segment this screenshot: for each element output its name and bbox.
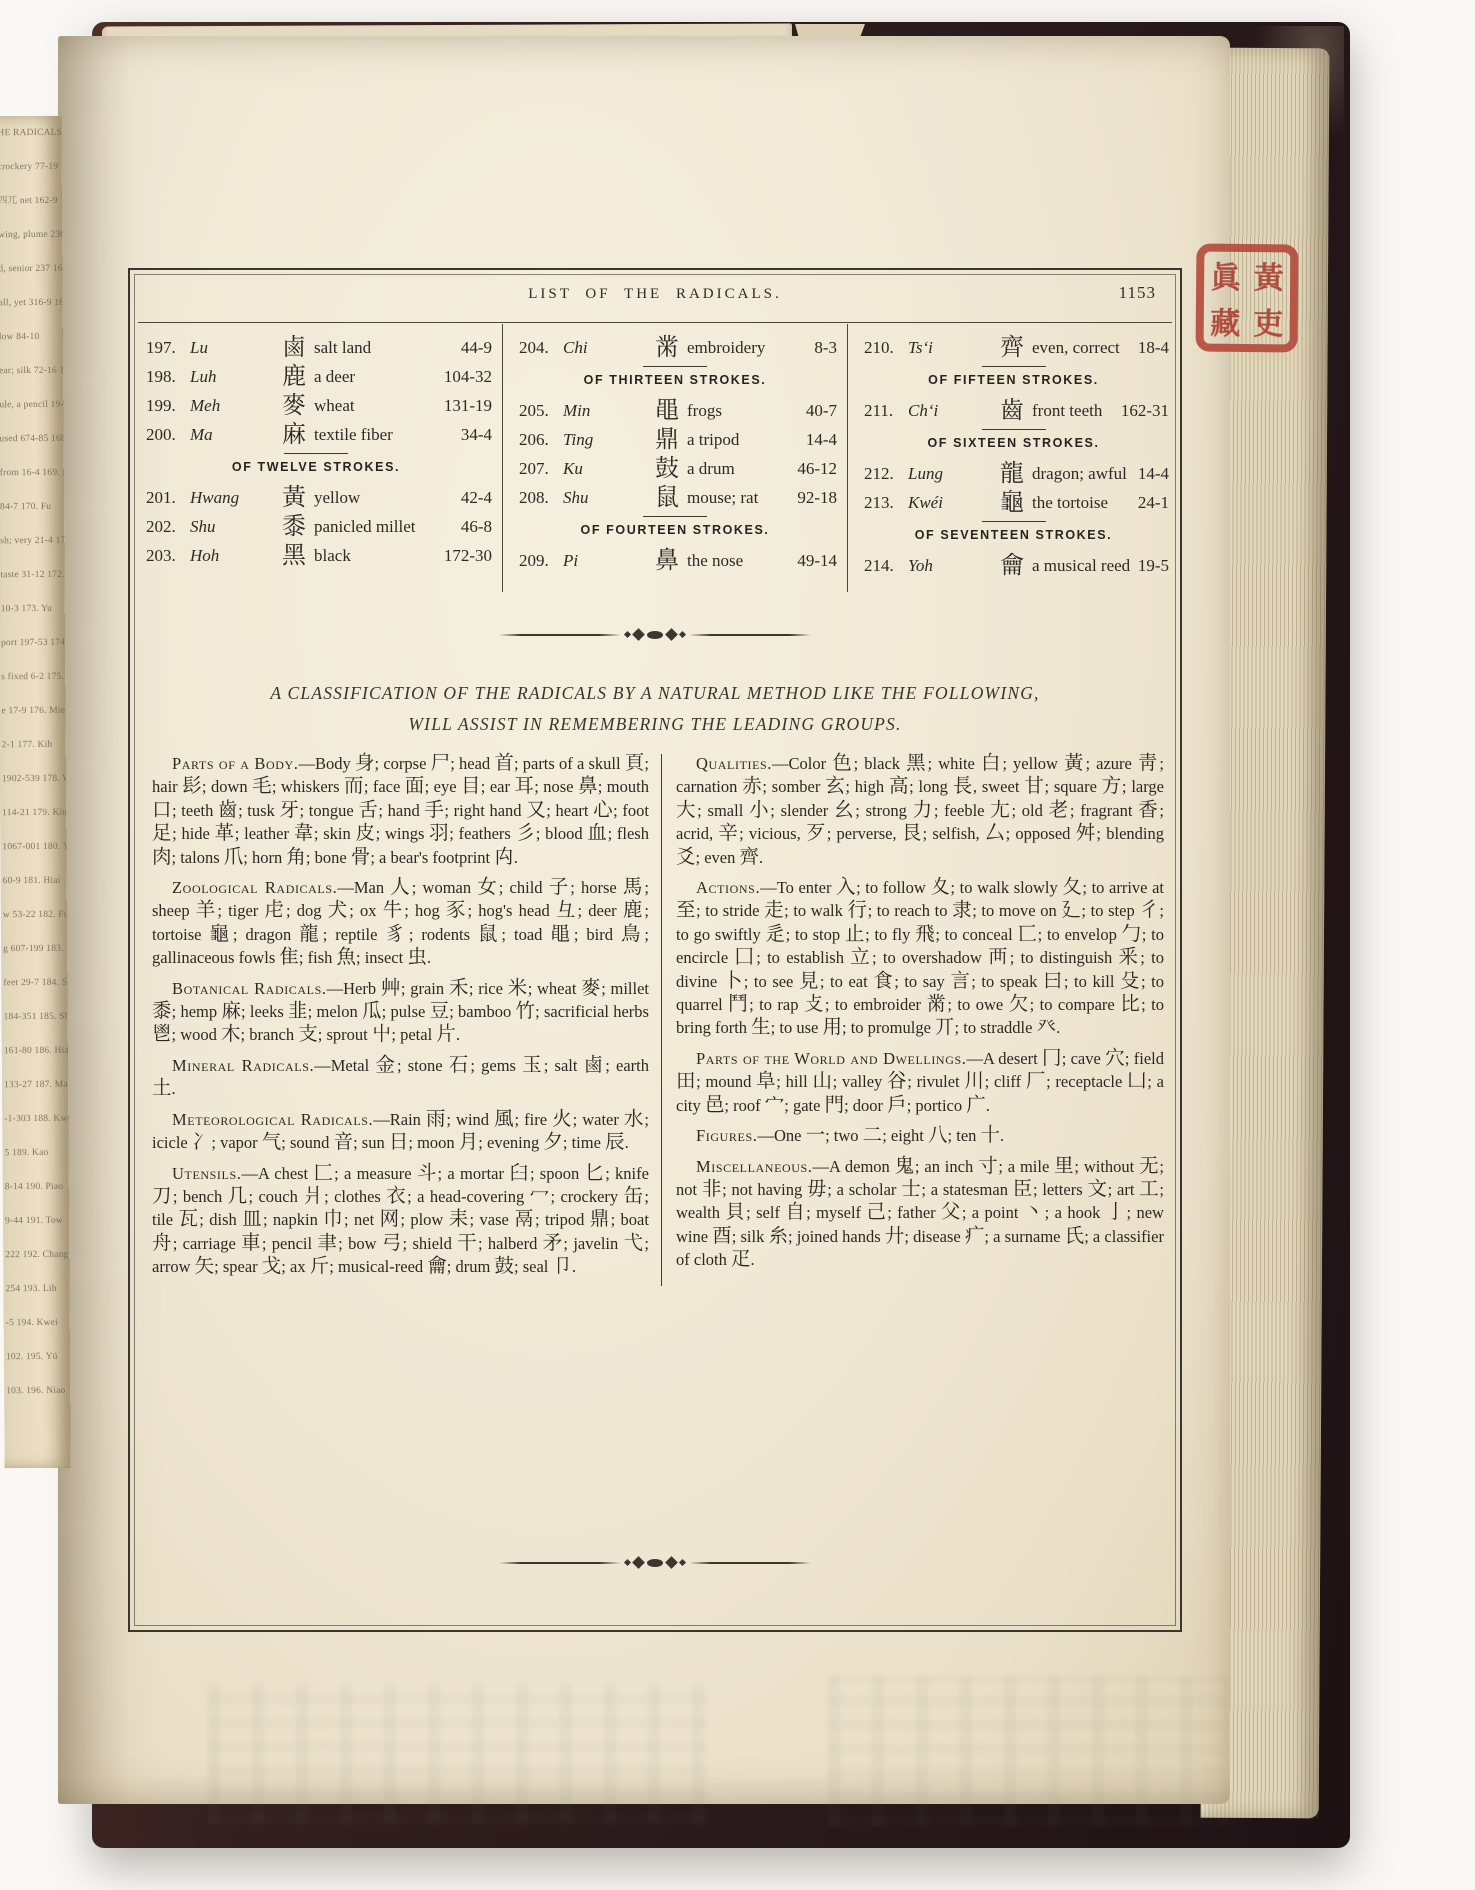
paragraph: Parts of a Body.—Body 身; corpse 尸; head … — [152, 752, 649, 869]
radical-reference: 46-12 — [797, 459, 837, 479]
paragraph: Meteorological Radicals.—Rain 雨; wind 風;… — [152, 1108, 649, 1155]
radical-character: 己 — [866, 1202, 887, 1223]
radical-character: 巾 — [323, 1209, 344, 1230]
radical-character: 肉 — [152, 847, 172, 868]
radical-character: 鹵 — [584, 1055, 606, 1076]
radical-character: 口 — [152, 800, 172, 821]
paragraph: Actions.—To enter 入; to follow 夊; to wal… — [676, 876, 1164, 1040]
radical-number: 198. — [146, 367, 190, 387]
radical-character: 鼻 — [578, 776, 598, 797]
radical-character: 山 — [812, 1071, 832, 1092]
radical-character: 人 — [390, 877, 412, 898]
radical-row: 210.Tsʻi齊even, correct18-4 — [848, 333, 1179, 362]
radical-character: 土 — [152, 1078, 172, 1099]
radical-character: 舌 — [358, 800, 378, 821]
radical-character: 車 — [241, 1233, 262, 1254]
radical-reference: 18-4 — [1138, 338, 1169, 358]
radical-name: Chi — [563, 338, 649, 358]
radical-character: 鼎 — [649, 430, 685, 450]
paragraph: Figures.—One 一; two 二; eight 八; ten 十. — [676, 1124, 1164, 1147]
edge-text-fragment: low 84-10 — [0, 320, 63, 354]
radical-gloss: panicled millet — [312, 517, 461, 537]
radical-character: 身 — [355, 753, 375, 774]
radical-character: 刀 — [152, 1186, 173, 1207]
edge-text-fragment: 222 192. Chang — [3, 1238, 69, 1272]
radical-gloss: textile fiber — [312, 425, 461, 445]
stroke-section-label: OF SIXTEEN STROKES. — [927, 436, 1099, 450]
paragraph-heading: Botanical Radicals. — [172, 979, 327, 998]
section-header-rule — [982, 366, 1046, 367]
radical-character: 瓦 — [178, 1209, 199, 1230]
radical-name: Shu — [190, 517, 276, 537]
radical-gloss: black — [312, 546, 444, 566]
radical-character: 魚 — [337, 947, 357, 968]
radical-character: 龠 — [994, 556, 1030, 576]
radical-character: 攴 — [804, 994, 825, 1015]
radical-character: 而 — [344, 776, 364, 797]
radical-character: 黍 — [276, 517, 312, 537]
radical-character: 目 — [461, 776, 481, 797]
radical-number: 199. — [146, 396, 190, 416]
radical-name: Chʻi — [908, 401, 994, 421]
radical-character: 牙 — [279, 800, 299, 821]
paragraph-heading: Meteorological Radicals. — [172, 1110, 373, 1129]
radical-gloss: a drum — [685, 459, 797, 479]
radical-character: 矛 — [543, 1233, 564, 1254]
radical-character: 龍 — [299, 924, 322, 945]
radical-character: 气 — [262, 1132, 282, 1153]
radical-character: 襾 — [988, 947, 1010, 968]
radical-character: 凵 — [1127, 1071, 1147, 1092]
radical-character: 方 — [1102, 776, 1122, 797]
radical-character: 艮 — [902, 823, 923, 844]
radical-character: 赤 — [742, 776, 762, 797]
paragraph: Qualities.—Color 色; black 黑; white 白; ye… — [676, 752, 1164, 869]
radical-character: 自 — [785, 1202, 806, 1223]
edge-text-fragment: sh; very 21-4 171. Tai — [0, 524, 64, 558]
radical-character: 非 — [702, 1179, 722, 1200]
radical-character: 辰 — [605, 1132, 625, 1153]
radical-character: 手 — [424, 800, 444, 821]
edge-text-fragment: 84-7 170. Fu — [0, 490, 64, 524]
edge-text-fragment: port 197-53 174. Ts'ing — [0, 626, 65, 660]
radical-row: 208.Shu鼠mouse; rat92-18 — [503, 483, 847, 512]
radical-character: 幺 — [834, 800, 855, 821]
radical-character: 工 — [1139, 1179, 1159, 1200]
radical-character: 夂 — [1062, 877, 1082, 898]
running-header: LIST OF THE RADICALS. — [130, 286, 1180, 303]
radical-character: 川 — [964, 1071, 984, 1092]
radical-character: 冫 — [192, 1132, 212, 1153]
radical-reference: 24-1 — [1138, 493, 1169, 513]
radical-gloss: frogs — [685, 401, 806, 421]
radical-character: 毛 — [252, 776, 272, 797]
radical-character: 皿 — [242, 1209, 263, 1230]
edge-text-fragment: g 607-199 183. Fei — [1, 932, 67, 966]
paragraph-heading: Parts of a Body. — [172, 754, 298, 773]
edge-text-fragment: used 674-85 168. Ch'ang — [0, 422, 64, 456]
radical-character: 戶 — [887, 1095, 907, 1116]
radical-number: 211. — [864, 401, 908, 421]
radical-row: 206.Ting鼎a tripod14-4 — [503, 425, 847, 454]
radical-number: 202. — [146, 517, 190, 537]
show-through-text — [208, 1684, 708, 1824]
radical-character: 麻 — [221, 1001, 241, 1022]
radical-character: 月 — [459, 1132, 479, 1153]
radical-name: Lung — [908, 464, 994, 484]
radical-character: 麥 — [276, 396, 312, 416]
radical-number: 200. — [146, 425, 190, 445]
radical-character: 面 — [405, 776, 425, 797]
section-header-rule — [982, 429, 1046, 430]
radical-character: 弋 — [624, 1233, 645, 1254]
radical-character: 靑 — [1138, 753, 1159, 774]
radical-character: 貝 — [725, 1202, 746, 1223]
radical-character: 黽 — [550, 924, 573, 945]
edge-text-fragment: e 17-9 176. Mien — [0, 694, 66, 728]
radical-character: 黃 — [1064, 753, 1085, 774]
radical-character: 玄 — [825, 776, 845, 797]
radical-character: 谷 — [887, 1071, 907, 1092]
radical-character: 犬 — [328, 900, 350, 921]
paragraph-heading: Mineral Radicals. — [172, 1056, 314, 1075]
edge-text-fragment: 10-3 173. Yu — [0, 592, 65, 626]
radical-character: 心 — [593, 800, 613, 821]
radical-character: 歹 — [806, 823, 827, 844]
radical-character: 艸 — [381, 978, 401, 999]
radical-character: 彳 — [1139, 900, 1159, 921]
radical-gloss: a musical reed — [1030, 556, 1138, 576]
radical-character: 殳 — [1120, 971, 1141, 992]
radical-character: 羽 — [429, 823, 449, 844]
edge-text-fragment: crockery 77-19 161. Chih — [0, 150, 62, 184]
radical-reference: 34-4 — [461, 425, 492, 445]
edge-text-fragment: from 16-4 169. Mun — [0, 456, 64, 490]
radical-character: 骨 — [351, 847, 371, 868]
paragraph: Mineral Radicals.—Metal 金; stone 石; gems… — [152, 1054, 649, 1101]
edge-text-fragment: wing, plume 230-47 163. Yu — [0, 218, 62, 252]
seal-character: 吏 — [1253, 299, 1283, 343]
stroke-section-header: OF FIFTEEN STROKES. — [848, 362, 1179, 396]
radical-row: 202.Shu黍panicled millet46-8 — [130, 512, 502, 541]
radical-number: 209. — [519, 551, 563, 571]
paragraph-heading: Qualities. — [696, 754, 772, 773]
radical-gloss: a tripod — [685, 430, 806, 450]
radical-character: 臣 — [1013, 1179, 1033, 1200]
radical-number: 197. — [146, 338, 190, 358]
radical-character: 彑 — [556, 900, 578, 921]
radical-character: 鹿 — [276, 367, 312, 387]
edge-text-fragment: ear; silk 72-16 166. Li — [0, 354, 63, 388]
radical-reference: 40-7 — [806, 401, 837, 421]
paragraph-heading: Zoological Radicals. — [172, 878, 337, 897]
radical-name: Luh — [190, 367, 276, 387]
radical-character: 水 — [624, 1109, 644, 1130]
radical-character: 冂 — [1042, 1048, 1062, 1069]
edge-text-fragment: 四兀 net 162-9 162. Chá — [0, 184, 62, 218]
radical-character: 囗 — [735, 947, 757, 968]
radical-character: 舛 — [1076, 823, 1097, 844]
left-text-column: Parts of a Body.—Body 身; corpse 尸; head … — [152, 752, 649, 1286]
radical-character: 齊 — [740, 847, 760, 868]
classification-title-line1: A CLASSIFICATION OF THE RADICALS BY A NA… — [183, 678, 1128, 709]
radical-gloss: even, correct — [1030, 338, 1138, 358]
radical-number: 210. — [864, 338, 908, 358]
radical-character: 麻 — [276, 425, 312, 445]
radical-character: 立 — [850, 947, 872, 968]
radical-character: 金 — [375, 1055, 397, 1076]
stroke-section-header: OF TWELVE STROKES. — [130, 449, 502, 483]
radical-character: 支 — [298, 1024, 318, 1045]
edge-text-fragment: w 53-22 182. Fung — [1, 898, 67, 932]
radical-row: 214.Yoh龠a musical reed19-5 — [848, 551, 1179, 580]
edge-text-fragment: taste 31-12 172. Chui — [0, 558, 65, 592]
edge-text-fragment: -1-303 188. Kwuh — [2, 1102, 68, 1136]
paragraph-heading: Actions. — [696, 878, 760, 897]
radical-name: Shu — [563, 488, 649, 508]
table-column: 210.Tsʻi齊even, correct18-4OF FIFTEEN STR… — [847, 324, 1179, 592]
radical-character: 毋 — [807, 1179, 827, 1200]
table-column: 204.Chi黹embroidery8-3OF THIRTEEN STROKES… — [502, 324, 847, 592]
radical-character: 入 — [836, 877, 856, 898]
radical-gloss: dragon; awful — [1030, 464, 1138, 484]
radical-character: 斤 — [310, 1256, 330, 1277]
radical-character: 鼓 — [649, 459, 685, 479]
radical-character: 二 — [863, 1125, 883, 1146]
section-header-rule — [643, 366, 707, 367]
stroke-section-label: OF TWELVE STROKES. — [232, 460, 400, 474]
radical-character: 聿 — [317, 1233, 338, 1254]
radical-character: 言 — [950, 971, 971, 992]
radical-character: 虫 — [407, 947, 427, 968]
radical-character: 生 — [751, 1017, 771, 1038]
radical-character: 虍 — [264, 900, 286, 921]
radical-reference: 92-18 — [797, 488, 837, 508]
radical-character: 頁 — [625, 753, 645, 774]
edge-text-fragment: -5 194. Kwei — [4, 1306, 70, 1340]
radical-name: Kwéi — [908, 493, 994, 513]
radical-reference: 162-31 — [1121, 401, 1169, 421]
radical-character: 十 — [981, 1125, 1001, 1146]
radical-character: 羊 — [196, 900, 218, 921]
radical-row: 197.Lu鹵salt land44-9 — [130, 333, 502, 362]
radical-character: 鼠 — [478, 924, 501, 945]
radical-character: 高 — [889, 776, 909, 797]
radical-character: 鹿 — [623, 900, 645, 921]
radical-character: 士 — [901, 1179, 921, 1200]
radical-character: 鬲 — [514, 1209, 535, 1230]
radical-gloss: a deer — [312, 367, 444, 387]
edge-text-fragment: 1067-001 180. Yin — [0, 830, 66, 864]
radical-character: 髟 — [182, 776, 202, 797]
header-rule — [138, 322, 1172, 323]
radical-character: 鼠 — [649, 488, 685, 508]
radical-name: Min — [563, 401, 649, 421]
radical-row: 200.Ma麻textile fiber34-4 — [130, 420, 502, 449]
collector-seal-stamp: 眞黃藏吏 — [1196, 244, 1299, 353]
radical-character: 弓 — [382, 1233, 403, 1254]
radical-gloss: mouse; rat — [685, 488, 797, 508]
divider-ornament — [130, 1558, 1180, 1567]
edge-text-fragment: s fixed 6-2 175. Fi — [0, 660, 65, 694]
radical-character: 革 — [215, 823, 235, 844]
radical-number: 214. — [864, 556, 908, 576]
radical-character: 長 — [953, 776, 973, 797]
radical-character: 豸 — [385, 924, 408, 945]
radical-row: 213.Kwéi龜the tortoise24-1 — [848, 488, 1179, 517]
radical-character: 音 — [334, 1132, 354, 1153]
radical-number: 208. — [519, 488, 563, 508]
radical-character: 网 — [380, 1209, 401, 1230]
radical-character: 癶 — [1037, 1017, 1057, 1038]
radical-character: 日 — [389, 1132, 409, 1153]
radical-character: 寸 — [978, 1156, 998, 1177]
radical-character: 麥 — [581, 978, 601, 999]
radical-character: 鳥 — [621, 924, 644, 945]
radical-row: 209.Pi鼻the nose49-14 — [503, 546, 847, 575]
radical-reference: 8-3 — [814, 338, 837, 358]
edge-text-fragment: 5 189. Kao — [2, 1136, 68, 1170]
radical-reference: 49-14 — [797, 551, 837, 571]
radical-character: 彡 — [516, 823, 536, 844]
radical-character: 竹 — [515, 1001, 535, 1022]
radical-character: 戈 — [262, 1256, 282, 1277]
edge-text-fragment: 8-14 190. Piao — [3, 1170, 69, 1204]
radical-character: 齊 — [994, 338, 1030, 358]
radical-number: 205. — [519, 401, 563, 421]
radical-row: 205.Min黽frogs40-7 — [503, 396, 847, 425]
radical-character: 子 — [549, 877, 571, 898]
radical-character: 邑 — [705, 1095, 725, 1116]
radical-reference: 131-19 — [444, 396, 492, 416]
radical-character: 匸 — [1017, 924, 1037, 945]
edge-text-fragment: all, yet 316-9 165. Pien — [0, 286, 63, 320]
radical-character: 黹 — [927, 994, 948, 1015]
radical-number: 206. — [519, 430, 563, 450]
radical-name: Ku — [563, 459, 649, 479]
radical-character: 老 — [1049, 800, 1070, 821]
radical-character: 龠 — [427, 1256, 447, 1277]
edge-text-fragment: 161-80 186. Hiang — [2, 1034, 68, 1068]
radical-character: 八 — [928, 1125, 948, 1146]
paragraph: Utensils.—A chest 匚; a measure 斗; a mort… — [152, 1162, 649, 1279]
radical-character: 韭 — [288, 1001, 308, 1022]
radical-name: Meh — [190, 396, 276, 416]
radical-character: 鼻 — [649, 551, 685, 571]
radical-character: 飛 — [915, 924, 935, 945]
radical-character: 爿 — [303, 1186, 324, 1207]
radical-character: 里 — [1054, 1156, 1074, 1177]
radical-character: 走 — [764, 900, 784, 921]
radical-character: 衣 — [386, 1186, 407, 1207]
radical-character: 韋 — [294, 823, 314, 844]
radical-character: 阜 — [756, 1071, 776, 1092]
radical-character: 龜 — [994, 493, 1030, 513]
radical-character: 勹 — [1122, 924, 1142, 945]
radical-character: 見 — [799, 971, 820, 992]
edge-text-fragment: 103. 196. Niao — [4, 1374, 70, 1408]
radical-character: 隶 — [952, 900, 972, 921]
radical-character: 廴 — [1061, 900, 1081, 921]
radical-row: 201.Hwang黃yellow42-4 — [130, 483, 502, 512]
radical-character: 尸 — [431, 753, 451, 774]
radical-reference: 19-5 — [1138, 556, 1169, 576]
radical-character: 黍 — [152, 1001, 172, 1022]
classification-title-line2: WILL ASSIST IN REMEMBERING THE LEADING G… — [183, 709, 1128, 740]
edge-text-fragment: 1902-539 178. Wei — [0, 762, 66, 796]
radical-character: 首 — [494, 753, 514, 774]
radical-character: 尢 — [990, 800, 1011, 821]
seal-character: 藏 — [1210, 299, 1240, 343]
stroke-section-header: OF FOURTEEN STROKES. — [503, 512, 847, 546]
divider-ornament — [130, 630, 1180, 639]
radical-character: 匕 — [585, 1163, 606, 1184]
radical-character: 文 — [1087, 1179, 1107, 1200]
paragraph: Botanical Radicals.—Herb 艸; grain 禾; ric… — [152, 977, 649, 1047]
paragraph-heading: Miscellaneous. — [696, 1157, 813, 1176]
section-header-rule — [982, 521, 1046, 522]
paragraph-text: —One 一; two 二; eight 八; ten 十. — [757, 1126, 1004, 1145]
radical-character: 血 — [587, 823, 607, 844]
page-number: 1153 — [1119, 283, 1156, 303]
radical-name: Lu — [190, 338, 276, 358]
paragraph-heading: Figures. — [696, 1126, 757, 1145]
radical-number: 212. — [864, 464, 908, 484]
edge-text-fragment: 114-21 179. Kiu — [0, 796, 66, 830]
stroke-section-label: OF SEVENTEEN STROKES. — [915, 528, 1113, 542]
radical-character: 瓜 — [362, 1001, 382, 1022]
book-page: LIST OF THE RADICALS. 1153 197.Lu鹵salt l… — [58, 36, 1230, 1804]
paragraph: Parts of the World and Dwellings.—A dese… — [676, 1047, 1164, 1117]
radical-character: 米 — [508, 978, 528, 999]
radical-character: 木 — [221, 1024, 241, 1045]
radical-character: 門 — [825, 1095, 845, 1116]
radical-character: 几 — [228, 1186, 249, 1207]
radical-character: 鬼 — [895, 1156, 915, 1177]
radical-character: 鹵 — [276, 338, 312, 358]
edge-text-fragment: 133-27 187. Ma — [2, 1068, 68, 1102]
radical-row: 203.Hoh黑black172-30 — [130, 541, 502, 570]
radical-character: 女 — [477, 877, 499, 898]
radical-character: 齒 — [994, 401, 1030, 421]
radical-character: 爪 — [224, 847, 244, 868]
radical-character: 糸 — [769, 1226, 789, 1247]
seal-character: 眞 — [1211, 253, 1241, 297]
stroke-section-label: OF THIRTEEN STROKES. — [584, 373, 767, 387]
radical-character: 厶 — [985, 823, 1006, 844]
radical-character: 龍 — [994, 464, 1030, 484]
stroke-section-header: OF THIRTEEN STROKES. — [503, 362, 847, 396]
radical-character: 无 — [1139, 1156, 1159, 1177]
radical-character: 卜 — [723, 971, 744, 992]
radical-character: 禸 — [494, 847, 514, 868]
radical-character: 角 — [286, 847, 306, 868]
radical-character: 丌 — [935, 1017, 955, 1038]
radical-character: 足 — [152, 823, 172, 844]
radical-character: 廾 — [885, 1226, 905, 1247]
radical-character: 爻 — [676, 847, 696, 868]
radical-character: 丶 — [1024, 1202, 1045, 1223]
edge-text-fragment: 9-44 191. Tow — [3, 1204, 69, 1238]
radical-character: 曰 — [1043, 971, 1064, 992]
radical-gloss: the tortoise — [1030, 493, 1138, 513]
column-divider-rule — [661, 754, 662, 1286]
radical-character: 片 — [436, 1024, 456, 1045]
radical-character: 石 — [449, 1055, 471, 1076]
radical-character: 鬥 — [728, 994, 749, 1015]
radical-character: 父 — [941, 1202, 962, 1223]
radical-character: 厂 — [1026, 1071, 1046, 1092]
